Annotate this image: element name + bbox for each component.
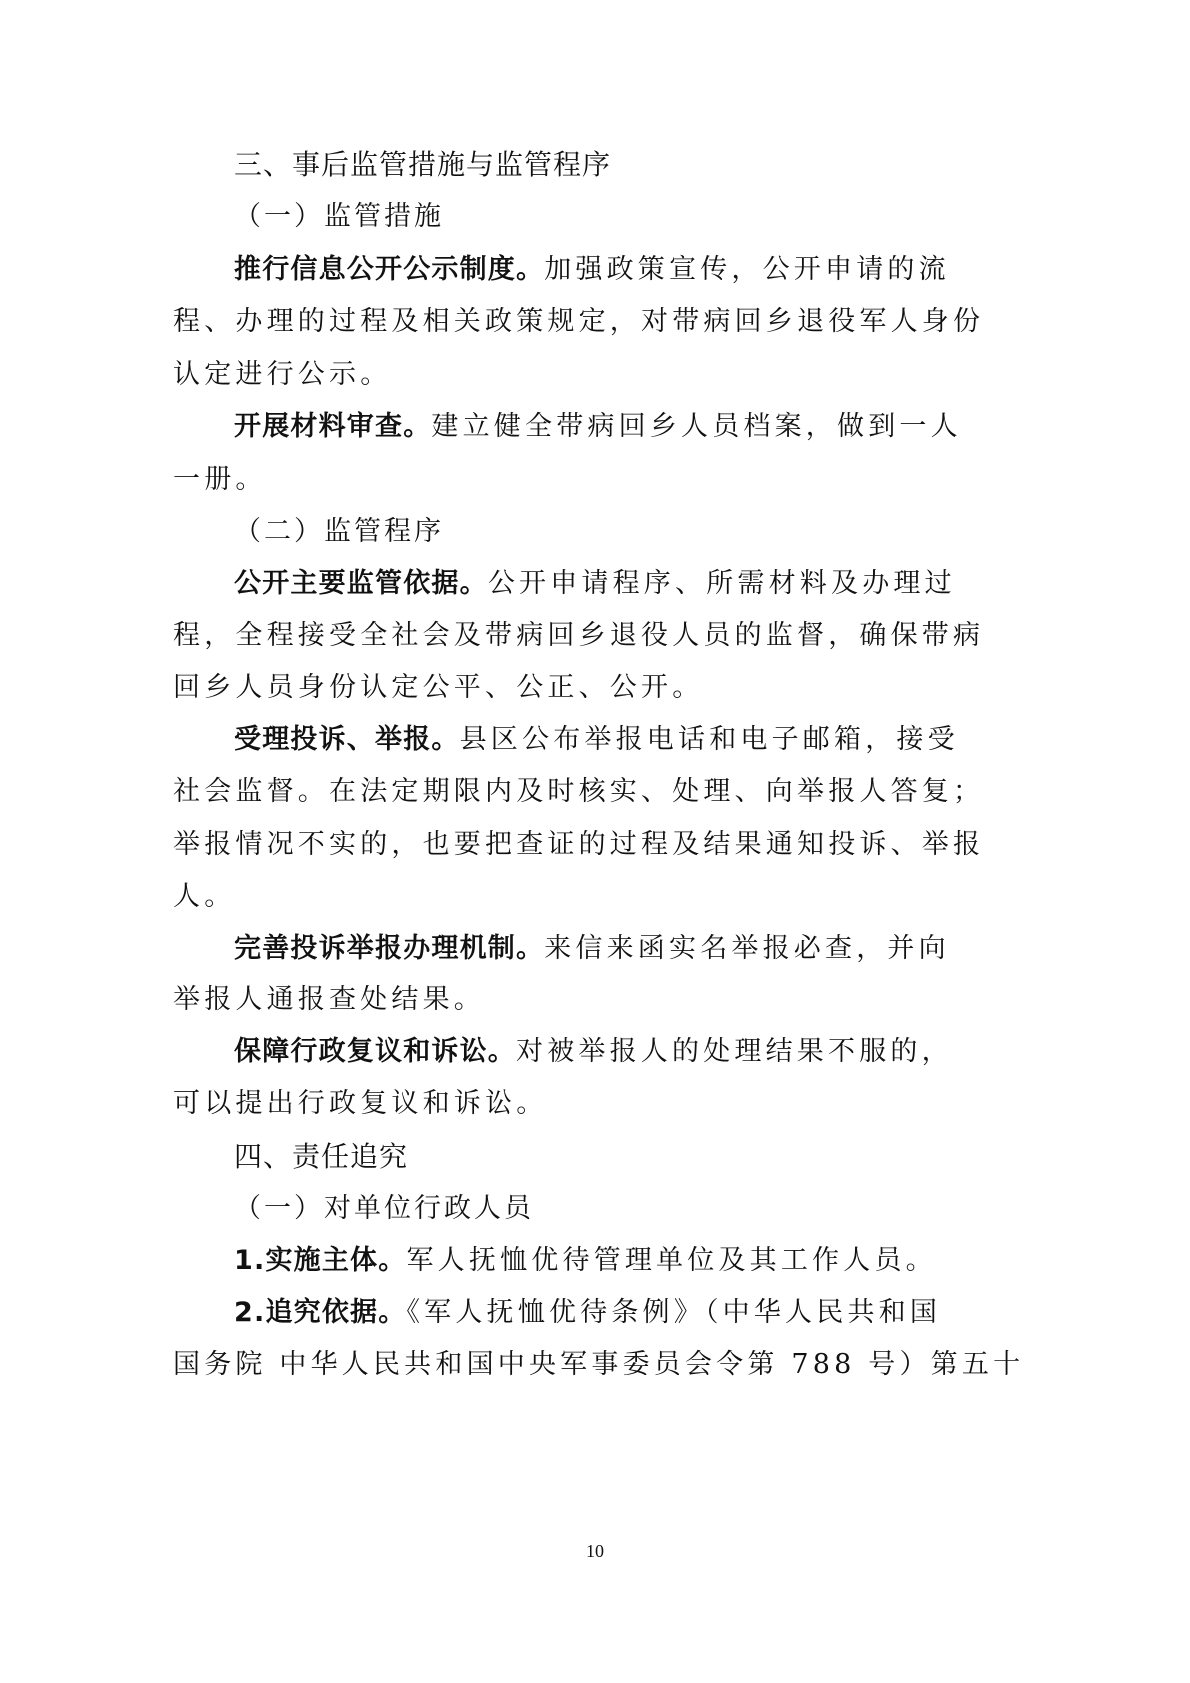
paragraph-lead: 保障行政复议和诉讼。 bbox=[234, 1036, 516, 1067]
paragraph-text: 建立健全带病回乡人员档案，做到一人 bbox=[431, 411, 961, 442]
subheading-unit-staff: （一）对单位行政人员 bbox=[234, 1189, 1074, 1229]
paragraph-lead: 推行信息公开公示制度。 bbox=[234, 254, 544, 285]
paragraph-line: 回乡人员身份认定公平、公正、公开。 bbox=[173, 668, 1013, 708]
section-heading-3: 三、事后监管措施与监管程序 bbox=[234, 145, 1074, 185]
paragraph-line: 受理投诉、举报。县区公布举报电话和电子邮箱，接受 bbox=[234, 720, 1074, 760]
paragraph-line: 保障行政复议和诉讼。对被举报人的处理结果不服的， bbox=[234, 1032, 1074, 1072]
paragraph-line: 社会监督。在法定期限内及时核实、处理、向举报人答复； bbox=[173, 772, 1013, 812]
paragraph-line: 推行信息公开公示制度。加强政策宣传，公开申请的流 bbox=[234, 250, 1074, 290]
paragraph-text: 《军人抚恤优待条例》（中华人民共和国 bbox=[406, 1297, 941, 1328]
paragraph-text: 来信来函实名举报必查，并向 bbox=[544, 933, 950, 964]
paragraph-lead: 2.追究依据。 bbox=[234, 1297, 406, 1328]
paragraph-line: 可以提出行政复议和诉讼。 bbox=[173, 1084, 1013, 1124]
section-heading-4: 四、责任追究 bbox=[234, 1137, 1074, 1177]
paragraph-line: 举报人通报查处结果。 bbox=[173, 980, 1013, 1020]
subheading-measures: （一）监管措施 bbox=[234, 197, 1074, 237]
document-page: 三、事后监管措施与监管程序 （一）监管措施 推行信息公开公示制度。加强政策宣传，… bbox=[0, 0, 1190, 1683]
paragraph-line: 程，全程接受全社会及带病回乡退役人员的监督，确保带病 bbox=[173, 616, 1013, 656]
paragraph-line: 开展材料审查。建立健全带病回乡人员档案，做到一人 bbox=[234, 407, 1074, 447]
paragraph-lead: 公开主要监管依据。 bbox=[234, 568, 488, 599]
page-number: 10 bbox=[0, 1541, 1190, 1562]
paragraph-text: 军人抚恤优待管理单位及其工作人员。 bbox=[406, 1245, 936, 1276]
paragraph-line: 人。 bbox=[173, 877, 1013, 917]
paragraph-text: 加强政策宣传，公开申请的流 bbox=[544, 254, 950, 285]
paragraph-lead: 完善投诉举报办理机制。 bbox=[234, 933, 544, 964]
paragraph-lead: 开展材料审查。 bbox=[234, 411, 431, 442]
paragraph-line: 完善投诉举报办理机制。来信来函实名举报必查，并向 bbox=[234, 929, 1074, 969]
paragraph-line: 公开主要监管依据。公开申请程序、所需材料及办理过 bbox=[234, 564, 1074, 604]
paragraph-line: 程、办理的过程及相关政策规定，对带病回乡退役军人身份 bbox=[173, 302, 1013, 342]
paragraph-lead: 受理投诉、举报。 bbox=[234, 724, 460, 755]
paragraph-text: 对被举报人的处理结果不服的， bbox=[516, 1036, 953, 1067]
paragraph-text: 县区公布举报电话和电子邮箱，接受 bbox=[460, 724, 959, 755]
paragraph-line: 一册。 bbox=[173, 460, 1013, 500]
paragraph-line: 举报情况不实的，也要把查证的过程及结果通知投诉、举报 bbox=[173, 825, 1013, 865]
paragraph-line: 认定进行公示。 bbox=[173, 355, 1013, 395]
paragraph-line: 国务院 中华人民共和国中央军事委员会令第 788 号）第五十 bbox=[173, 1345, 1013, 1385]
paragraph-lead: 1.实施主体。 bbox=[234, 1245, 406, 1276]
subheading-procedure: （二）监管程序 bbox=[234, 512, 1074, 552]
paragraph-line: 1.实施主体。军人抚恤优待管理单位及其工作人员。 bbox=[234, 1241, 1074, 1281]
paragraph-text: 公开申请程序、所需材料及办理过 bbox=[488, 568, 956, 599]
paragraph-line: 2.追究依据。《军人抚恤优待条例》（中华人民共和国 bbox=[234, 1293, 1074, 1333]
